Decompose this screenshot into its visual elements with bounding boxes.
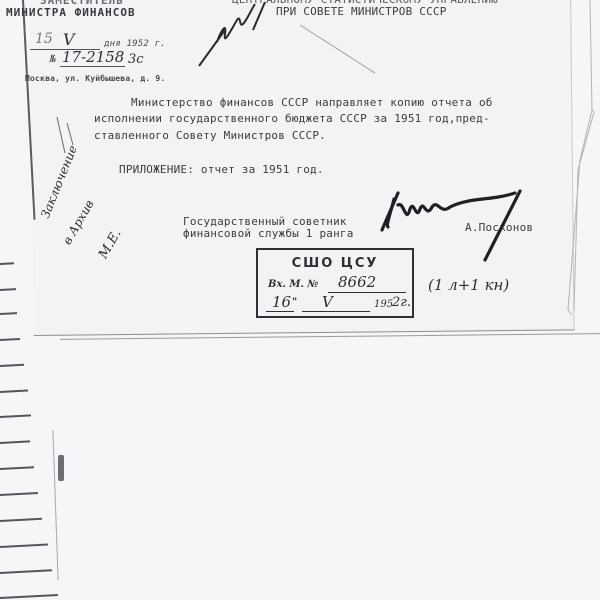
- reference-number: 17-2158: [62, 48, 124, 66]
- recipient-line2: ПРИ СОВЕТЕ МИНИСТРОВ СССР: [276, 5, 447, 18]
- date-day: 15: [35, 31, 53, 47]
- reference-prefix: №: [50, 54, 56, 65]
- stamp-quote: ": [292, 297, 297, 308]
- body-line1: Министерство финансов СССР направляет ко…: [131, 96, 493, 109]
- body-line3: ставленного Совету Министров СССР.: [94, 129, 326, 142]
- stamp-month: V: [322, 293, 333, 311]
- margin-check-marks: [55, 115, 85, 155]
- stamp-title: СШО ЦСУ: [258, 256, 412, 271]
- attachment-line: ПРИЛОЖЕНИЕ: отчет за 1951 год.: [119, 163, 324, 176]
- registry-stamp: СШО ЦСУ Вх. М. № 8662 16 " V 195 2г.: [256, 248, 414, 318]
- right-edge-fold: [560, 0, 600, 340]
- signatory-title-line2: финансовой службы 1 ранга: [183, 227, 354, 240]
- stamp-number-underline: [328, 292, 406, 293]
- sender-header-line2: МИНИСТРА ФИНАНСОВ: [6, 6, 136, 19]
- diagonal-pencil-mark: [300, 25, 380, 75]
- stamp-incoming-label: Вх. М. №: [268, 279, 318, 290]
- scanned-document-page: ЗАМЕСТИТЕЛЬ МИНИСТРА ФИНАНСОВ 15 V дня 1…: [0, 0, 600, 600]
- stamp-month-underline: [302, 311, 370, 312]
- body-line2: исполнении государственного бюджета СССР…: [94, 112, 490, 125]
- reference-underline: [60, 66, 125, 67]
- stamp-incoming-number: 8662: [338, 273, 376, 291]
- sender-address: Москва, ул. Куйбышева, д. 9.: [25, 74, 165, 83]
- top-initials-scribble: [195, 0, 275, 70]
- stamp-day: 16: [272, 293, 291, 311]
- reference-suffix: 3с: [128, 52, 144, 67]
- stamp-year-prefix: 195: [374, 299, 393, 310]
- stamp-day-underline: [266, 311, 294, 312]
- ink-smudge: [58, 455, 64, 481]
- attachment-count-note: (1 л+1 кн): [428, 276, 509, 294]
- stamp-year-suffix: 2г.: [392, 295, 411, 310]
- date-month: V: [63, 30, 75, 49]
